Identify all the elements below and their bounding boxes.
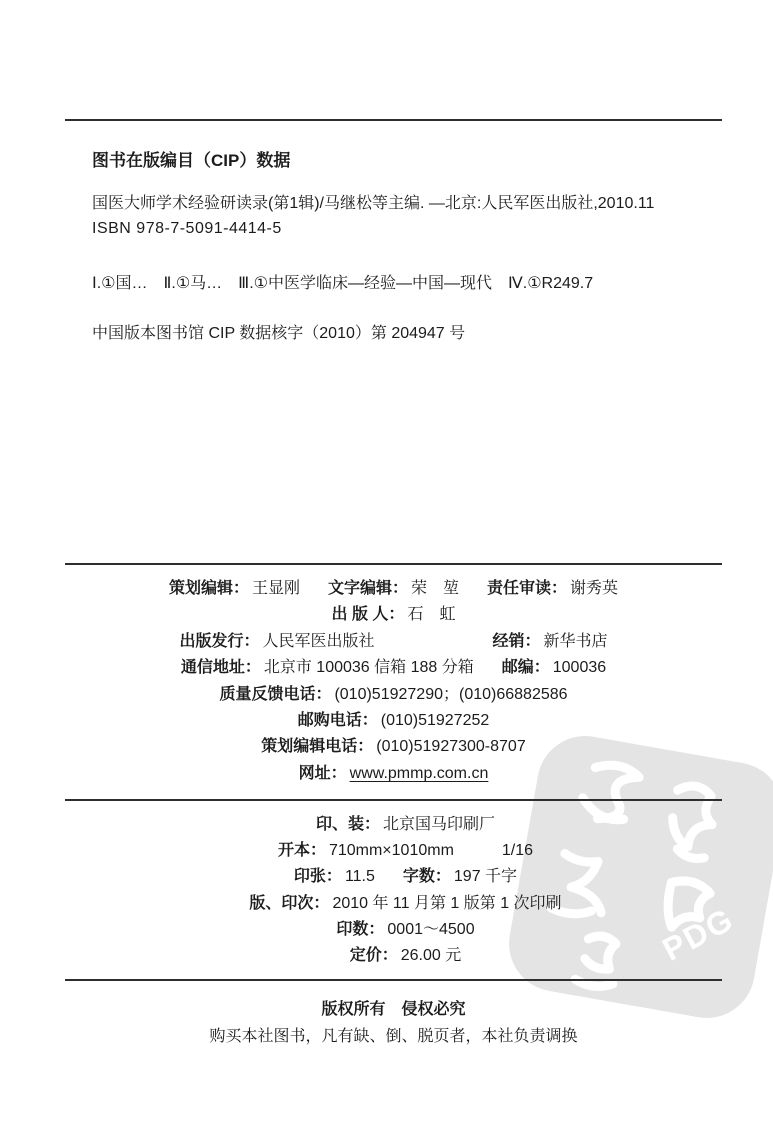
info-field: 字数：197 千字 <box>403 864 517 890</box>
field-value: 26.00 元 <box>401 947 462 964</box>
field-value: (010)51927300-8707 <box>376 738 525 755</box>
cip-bibliography-line: 国医大师学术经验研读录(第1辑)/马继松等主编. —北京:人民军医出版社,201… <box>92 190 654 213</box>
field-value: (010)51927252 <box>381 712 490 729</box>
info-field: 定价：26.00 元 <box>350 943 462 969</box>
info-field: 邮编：100036 <box>502 655 606 681</box>
info-field: 文字编辑：荣 堃 <box>328 576 459 602</box>
info-row: 印、装：北京国马印刷厂 <box>77 812 734 838</box>
publishing-info-section: 策划编辑：王显刚文字编辑：荣 堃责任审读：谢秀英出 版 人：石 虹出版发行：人民… <box>65 576 722 787</box>
copyright-statement: 版权所有 侵权必究 <box>65 996 722 1023</box>
info-row: 网址：www.pmmp.com.cn <box>65 761 722 787</box>
top-rule <box>65 119 722 121</box>
copyright-page: PDG 图书在版编目（CIP）数据 国医大师学术经验研读录(第1辑)/马继松等主… <box>0 0 773 1122</box>
info-row: 邮购电话：(010)51927252 <box>65 708 722 734</box>
info-row: 策划编辑：王显刚文字编辑：荣 堃责任审读：谢秀英 <box>65 576 722 602</box>
info-field: 策划编辑：王显刚 <box>169 576 300 602</box>
field-label: 策划编辑： <box>169 580 249 597</box>
field-value: 197 千字 <box>454 868 517 885</box>
info-field: 邮购电话：(010)51927252 <box>298 708 490 734</box>
field-value: 北京国马印刷厂 <box>383 816 495 833</box>
field-label: 邮购电话： <box>298 712 378 729</box>
field-label: 通信地址： <box>181 659 261 676</box>
info-row: 策划编辑电话：(010)51927300-8707 <box>65 734 722 760</box>
info-field: 经销：新华书店 <box>493 629 608 655</box>
field-value: 谢秀英 <box>570 580 618 597</box>
field-value: 人民军医出版社 <box>262 633 374 650</box>
copyright-notice-section: 版权所有 侵权必究 购买本社图书，凡有缺、倒、脱页者，本社负责调换 <box>65 996 722 1050</box>
printing-info-section: 印、装：北京国马印刷厂开本：710mm×1010mm 1/16印张：11.5字数… <box>77 812 734 969</box>
cip-bottom-rule <box>65 563 722 565</box>
field-label: 经销： <box>493 633 541 650</box>
field-value: 2010 年 11 月第 1 版第 1 次印刷 <box>332 895 561 912</box>
field-label: 开本： <box>278 842 326 859</box>
field-label: 印、装： <box>316 816 380 833</box>
info-row: 印张：11.5字数：197 千字 <box>77 864 734 890</box>
info-field: 版、印次：2010 年 11 月第 1 版第 1 次印刷 <box>249 891 561 917</box>
info-field: 责任审读：谢秀英 <box>487 576 618 602</box>
field-label: 版、印次： <box>249 895 329 912</box>
info-field: 印、装：北京国马印刷厂 <box>316 812 495 838</box>
info-row: 开本：710mm×1010mm 1/16 <box>77 838 734 864</box>
field-label: 字数： <box>403 868 451 885</box>
field-label: 网址： <box>299 765 347 782</box>
field-label: 策划编辑电话： <box>261 738 373 755</box>
cip-record-number-line: 中国版本图书馆 CIP 数据核字（2010）第 204947 号 <box>92 320 465 343</box>
field-label: 印张： <box>294 868 342 885</box>
field-value: 0001～4500 <box>387 921 474 938</box>
info-field: 网址：www.pmmp.com.cn <box>299 761 489 787</box>
field-value: 100036 <box>553 659 606 676</box>
info-field: 策划编辑电话：(010)51927300-8707 <box>261 734 525 760</box>
field-value: 新华书店 <box>544 633 608 650</box>
info-row: 定价：26.00 元 <box>77 943 734 969</box>
exchange-policy-statement: 购买本社图书，凡有缺、倒、脱页者，本社负责调换 <box>65 1023 722 1050</box>
info-field: 出版发行：人民军医出版社 <box>179 629 374 655</box>
field-value: 荣 堃 <box>411 580 459 597</box>
info-field: 质量反馈电话：(010)51927290；(010)66882586 <box>219 682 567 708</box>
field-label: 出 版 人： <box>332 606 405 623</box>
cip-title: 图书在版编目（CIP）数据 <box>92 146 290 171</box>
info-field: 通信地址：北京市 100036 信箱 188 分箱 <box>181 655 474 681</box>
info-field: 印数：0001～4500 <box>336 917 474 943</box>
info-row: 通信地址：北京市 100036 信箱 188 分箱邮编：100036 <box>65 655 722 681</box>
info-field: 出 版 人：石 虹 <box>332 602 456 628</box>
field-label: 邮编： <box>502 659 550 676</box>
website-url: www.pmmp.com.cn <box>350 765 489 782</box>
info-row: 出 版 人：石 虹 <box>65 602 722 628</box>
printing-bottom-rule <box>65 979 722 981</box>
info-row: 版、印次：2010 年 11 月第 1 版第 1 次印刷 <box>77 891 734 917</box>
field-value: 王显刚 <box>252 580 300 597</box>
field-value: 石 虹 <box>407 606 455 623</box>
publishing-bottom-rule <box>65 799 722 801</box>
info-field: 印张：11.5 <box>294 864 375 890</box>
field-label: 质量反馈电话： <box>219 686 331 703</box>
field-value: 11.5 <box>345 868 375 885</box>
field-value: 710mm×1010mm 1/16 <box>329 842 533 859</box>
field-label: 文字编辑： <box>328 580 408 597</box>
field-label: 印数： <box>336 921 384 938</box>
info-row: 出版发行：人民军医出版社经销：新华书店 <box>65 629 722 655</box>
field-value: 北京市 100036 信箱 188 分箱 <box>264 659 474 676</box>
info-row: 质量反馈电话：(010)51927290；(010)66882586 <box>65 682 722 708</box>
info-row: 印数：0001～4500 <box>77 917 734 943</box>
field-label: 定价： <box>350 947 398 964</box>
field-label: 责任审读： <box>487 580 567 597</box>
field-label: 出版发行： <box>179 633 259 650</box>
isbn-line: ISBN 978-7-5091-4414-5 <box>92 220 282 238</box>
info-field: 开本：710mm×1010mm 1/16 <box>278 838 533 864</box>
cip-classification-line: Ⅰ.①国… Ⅱ.①马… Ⅲ.①中医学临床—经验—中国—现代 Ⅳ.①R249.7 <box>92 270 593 293</box>
field-value: (010)51927290；(010)66882586 <box>334 686 567 703</box>
